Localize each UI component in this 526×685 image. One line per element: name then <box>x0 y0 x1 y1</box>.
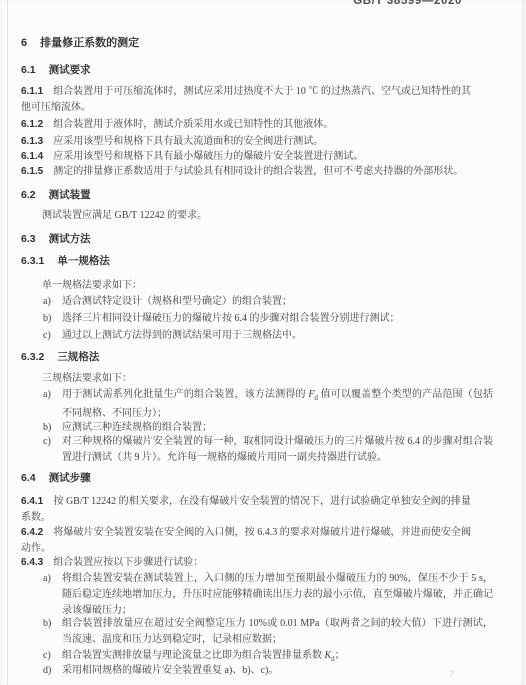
list-marker: d) <box>43 663 62 679</box>
clause-text: 组合装置用于可压缩流体时，测试应采用过热度不大于 10 ℃ 的过热蒸汽、空气或已… <box>21 86 471 113</box>
list-item: a) 用于测试需系列化批量生产的组合装置，该方法测得的 Fd 值可以覆盖整个类型… <box>21 387 493 422</box>
clause-text: 组合装置应按以下步骤进行试验： <box>53 557 203 568</box>
clause-number: 6.1.2 <box>21 119 43 130</box>
list-item: c) 通过以上测试方法得到的测试结果可用于三规格法中。 <box>21 328 493 344</box>
list-item-text: 适合测试特定设计（规格和型号确定）的组合装置； <box>62 294 493 310</box>
clause-number: 6.3.1 <box>21 255 44 267</box>
clause-text: 应采用该型号和规格下具有最大流道面积的安全阀进行测试。 <box>53 136 323 147</box>
clause-text: 按 GB/T 12242 的相关要求，在没有爆破片安全装置的情况下，进行试验确定… <box>21 496 471 523</box>
text-segment: 组合装置实测排放量与理论流量之比即为组合装置排量系数 <box>62 650 325 661</box>
clause-6-2-paragraph: 测试装置应满足 GB/T 12242 的要求。 <box>21 208 471 224</box>
clause-6-4-3: 6.4.3组合装置应按以下步骤进行试验： <box>21 555 471 571</box>
clause-number: 6.4.3 <box>21 557 43 568</box>
clause-text: 将爆破片安全装置安装在安全阀的入口侧，按 6.4.3 的要求对爆破片进行爆破，并… <box>21 527 471 554</box>
clause-6-4-1: 6.4.1按 GB/T 12242 的相关要求，在没有爆破片安全装置的情况下，进… <box>21 494 471 526</box>
text-segment: 用于测试需系列化批量生产的组合装置，该方法测得的 <box>62 389 308 400</box>
clause-6-1-2: 6.1.2组合装置用于液体时，测试介质采用水或已知特性的其他液体。 <box>21 117 471 133</box>
list-item: d) 采用相同规格的爆破片安全装置重复 a)、b)、c)。 <box>21 663 493 679</box>
clause-number: 6.4 <box>21 472 36 484</box>
list-marker: a) <box>43 294 62 310</box>
clause-number: 6.1.4 <box>21 151 43 162</box>
standard-code: GB/T 38599—2020 <box>353 0 462 7</box>
clause-6-1-5: 6.1.5测定的排量修正系数适用于与试验具有相同设计的组合装置，但可不考虑夹持器… <box>21 164 471 180</box>
clause-number: 6.4.2 <box>21 527 43 538</box>
clause-6-3-1-intro: 单一规格法要求如下： <box>21 278 471 294</box>
clause-number: 6 <box>21 37 27 49</box>
clause-6-1-3: 6.1.3应采用该型号和规格下具有最大流道面积的安全阀进行测试。 <box>21 134 471 150</box>
list-item-text: 对三种规格的爆破片安全装置的每一种，取相同设计爆破压力的三片爆破片按 6.4 的… <box>62 434 493 466</box>
clause-number: 6.3.2 <box>21 351 44 363</box>
clause-title: 测试装置 <box>49 189 91 201</box>
clause-title: 三规格法 <box>57 351 99 363</box>
list-marker: c) <box>43 434 62 466</box>
clause-title: 测试方法 <box>49 233 91 245</box>
list-marker: c) <box>43 328 62 344</box>
clause-6-3-2-intro: 三规格法要求如下： <box>21 371 471 387</box>
list-marker: a) <box>43 571 62 619</box>
clause-number: 6.4.1 <box>21 496 43 507</box>
list-item-text: 组合装置排放量应在超过安全阀整定压力 10%或 0.01 MPa（取两者之间的较… <box>62 616 493 648</box>
clause-6-1-heading: 6.1测试要求 <box>21 62 471 78</box>
list-item: b) 选择三片相同设计爆破压力的爆破片按 6.4 的步骤对组合装置分别进行测试； <box>21 311 493 327</box>
list-item: a) 适合测试特定设计（规格和型号确定）的组合装置； <box>21 294 493 310</box>
list-item: a) 将组合装置安装在测试装置上，入口侧的压力增加至预期最小爆破压力的 90%，… <box>21 571 493 619</box>
clause-6-3-heading: 6.3测试方法 <box>21 231 471 247</box>
clause-6-4-2: 6.4.2将爆破片安全装置安装在安全阀的入口侧，按 6.4.3 的要求对爆破片进… <box>21 525 471 557</box>
clause-title: 排量修正系数的测定 <box>40 37 139 49</box>
list-marker: b) <box>43 616 62 648</box>
list-marker: b) <box>43 311 62 327</box>
clause-number: 6.3 <box>21 233 36 245</box>
clause-text: 测定的排量修正系数适用于与试验具有相同设计的组合装置，但可不考虑夹持器的外部形状… <box>53 166 463 177</box>
clause-number: 6.1.3 <box>21 136 43 147</box>
list-item-text: 通过以上测试方法得到的测试结果可用于三规格法中。 <box>62 328 493 344</box>
list-item-text: 用于测试需系列化批量生产的组合装置，该方法测得的 Fd 值可以覆盖整个类型的产品… <box>62 387 493 422</box>
clause-6-2-heading: 6.2测试装置 <box>21 187 471 203</box>
clause-6-1-1: 6.1.1组合装置用于可压缩流体时，测试应采用过热度不大于 10 ℃ 的过热蒸汽… <box>21 84 471 116</box>
list-item-text: 选择三片相同设计爆破压力的爆破片按 6.4 的步骤对组合装置分别进行测试； <box>62 311 493 327</box>
document-page: GB/T 38599—2020 6排量修正系数的测定 6.1测试要求 6.1.1… <box>0 0 526 685</box>
clause-number: 6.1 <box>21 64 36 76</box>
clause-6-4-heading: 6.4测试步骤 <box>21 470 471 486</box>
clause-number: 6.1.1 <box>21 86 43 97</box>
clause-6-3-1-heading: 6.3.1单一规格法 <box>21 253 471 269</box>
clause-title: 测试要求 <box>49 64 91 76</box>
clause-6-heading: 6排量修正系数的测定 <box>21 35 471 51</box>
clause-6-3-2-heading: 6.3.2三规格法 <box>21 349 471 365</box>
clause-text: 应采用该型号和规格下具有最小爆破压力的爆破片安全装置进行测试。 <box>53 151 363 162</box>
clause-title: 测试步骤 <box>49 472 91 484</box>
clause-number: 6.2 <box>21 189 36 201</box>
list-item-text: 将组合装置安装在测试装置上，入口侧的压力增加至预期最小爆破压力的 90%，保压不… <box>62 571 493 619</box>
list-item: c) 对三种规格的爆破片安全装置的每一种，取相同设计爆破压力的三片爆破片按 6.… <box>21 434 493 466</box>
page-number: 7 <box>449 669 454 679</box>
list-item-text: 采用相同规格的爆破片安全装置重复 a)、b)、c)。 <box>62 663 493 679</box>
clause-number: 6.1.5 <box>21 166 43 177</box>
clause-6-1-4: 6.1.4应采用该型号和规格下具有最小爆破压力的爆破片安全装置进行测试。 <box>21 149 471 165</box>
list-marker: a) <box>43 387 62 422</box>
clause-title: 单一规格法 <box>57 255 110 267</box>
text-segment: ； <box>335 650 345 661</box>
list-item: b) 组合装置排放量应在超过安全阀整定压力 10%或 0.01 MPa（取两者之… <box>21 616 493 648</box>
clause-text: 组合装置用于液体时，测试介质采用水或已知特性的其他液体。 <box>53 119 333 130</box>
